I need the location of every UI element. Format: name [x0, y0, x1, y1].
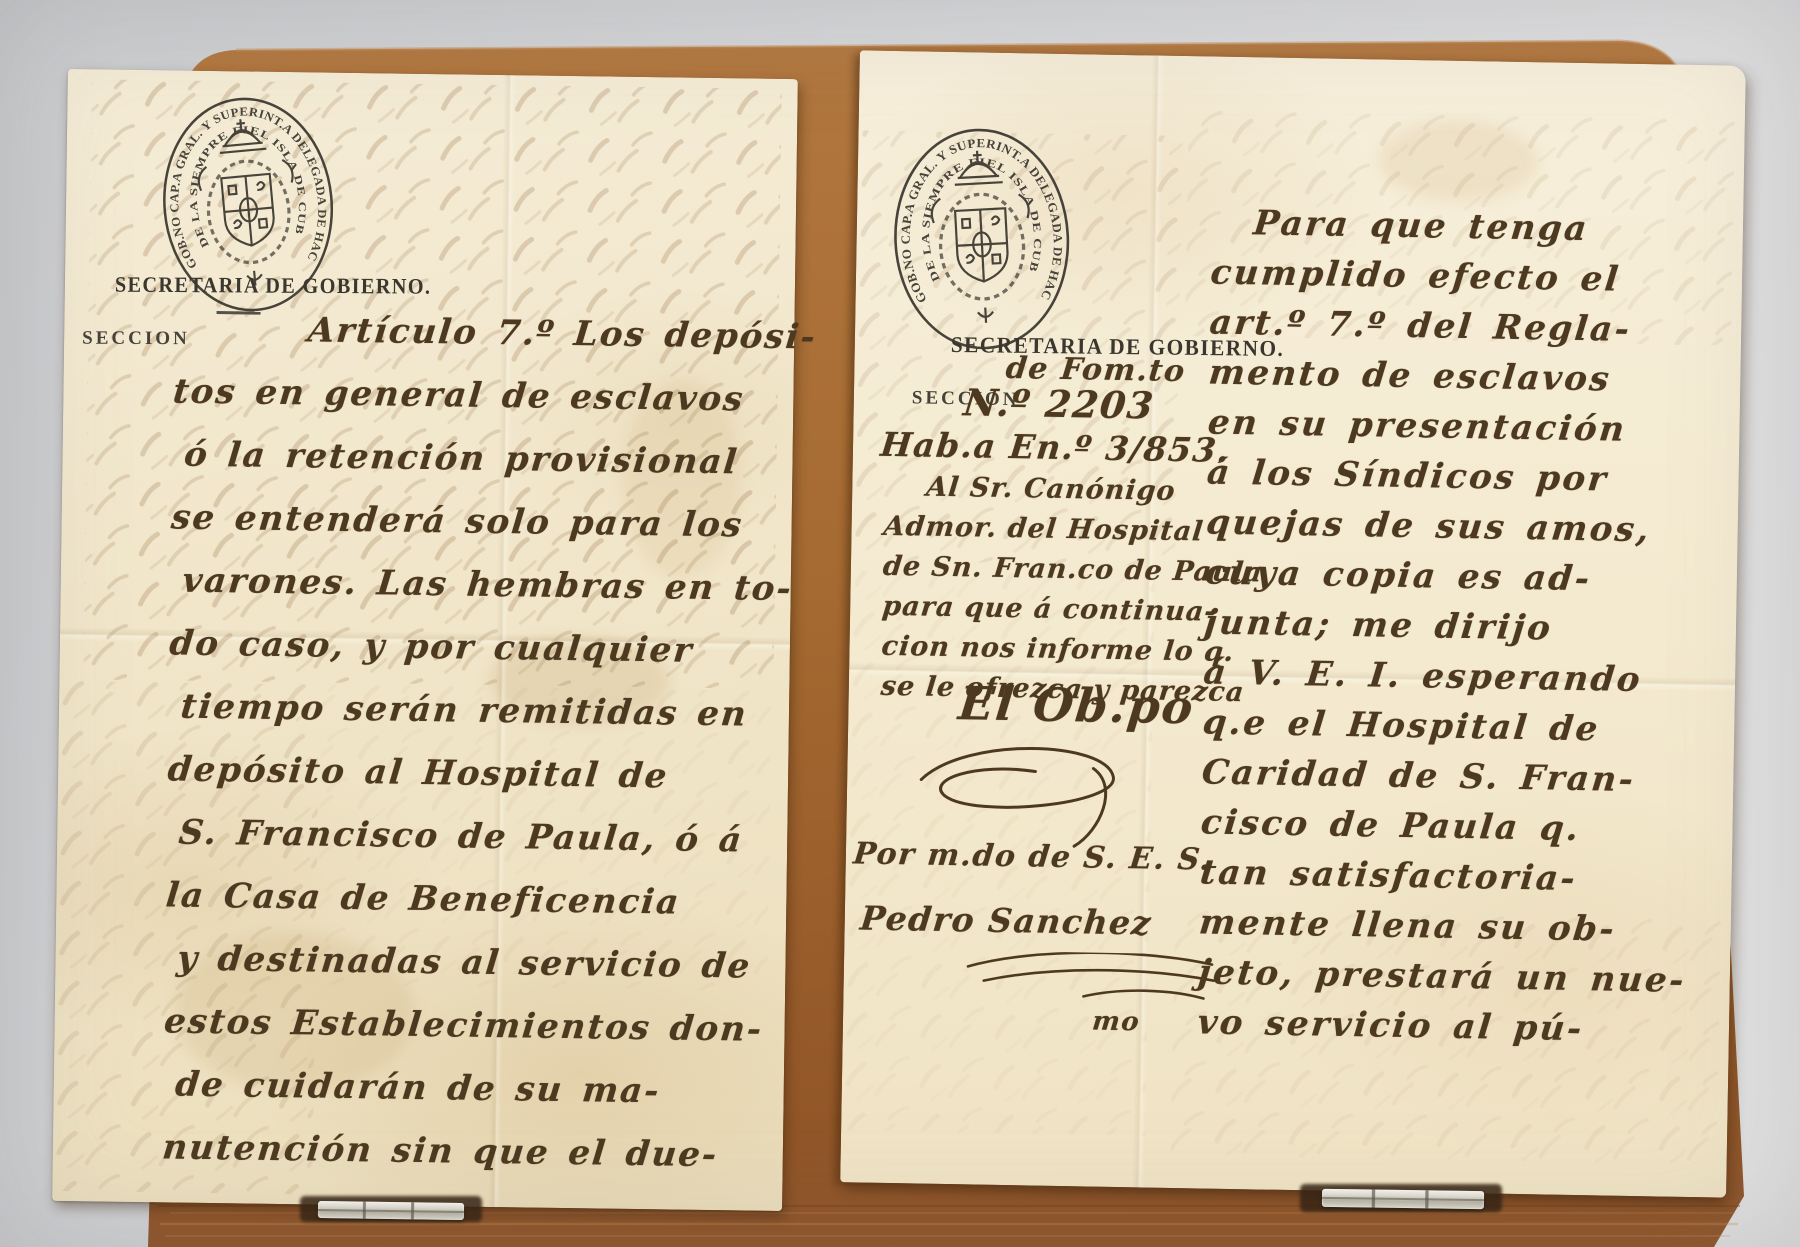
handwritten-line: de cuidarán de su ma-	[53, 1063, 789, 1136]
date-line: Hab.a En.º 3/853.	[879, 425, 1233, 470]
handwritten-line: depósito al Hospital de	[58, 748, 794, 821]
handwritten-line: vo servicio al pú-	[1183, 1002, 1748, 1062]
metal-hinge	[1322, 1189, 1484, 1209]
handwritten-line: varones. Las hembras en to-	[60, 559, 796, 632]
flourish-mark: mo	[1091, 1007, 1142, 1038]
handwritten-line: la Casa de Beneficencia	[56, 874, 792, 947]
docket-number: N.º 2203	[961, 380, 1156, 427]
government-stamp	[883, 120, 1081, 358]
bishop-signature: El Ob.po	[956, 676, 1197, 734]
left-page-text-block: Artículo 7.º Los depósi- tos en general …	[52, 307, 794, 1199]
metal-hinge	[318, 1201, 464, 1220]
by-order-line: Por m.do de S. E. S.	[852, 836, 1214, 877]
handwritten-line: nutención sin que el due-	[52, 1126, 788, 1199]
handwritten-line: tiempo serán remitidas en	[58, 685, 794, 758]
handwritten-line: tos en general de esclavos	[63, 370, 799, 443]
secretary-signature: Pedro Sanchez	[858, 899, 1153, 943]
handwritten-line: do caso, y por cualquier	[59, 622, 795, 695]
letterhead-title: SECRETARIA DE GOBIERNO.	[115, 272, 432, 300]
photo-stage: GOB.NO CAP.A GRAL. Y SUPERINT.A DELEGADA…	[0, 0, 1800, 1247]
handwritten-line: Artículo 7.º Los depósi-	[64, 307, 800, 380]
handwritten-line: estos Establecimientos don-	[54, 1000, 790, 1073]
right-document-page: SECRETARIA DE GOBIERNO. SECCION de Fom.t…	[840, 50, 1746, 1197]
handwritten-line: S. Francisco de Paula, ó á	[57, 811, 793, 884]
left-document-page: SECRETARIA DE GOBIERNO. SECCION Artículo…	[52, 69, 798, 1211]
handwritten-line: se entenderá solo para los	[61, 496, 797, 569]
handwritten-line: y destinadas al servicio de	[55, 937, 791, 1010]
letter-body-block: Para que tenga cumplido efecto el art.º …	[1183, 202, 1758, 1062]
handwritten-line: ó la retención provisional	[62, 433, 798, 506]
